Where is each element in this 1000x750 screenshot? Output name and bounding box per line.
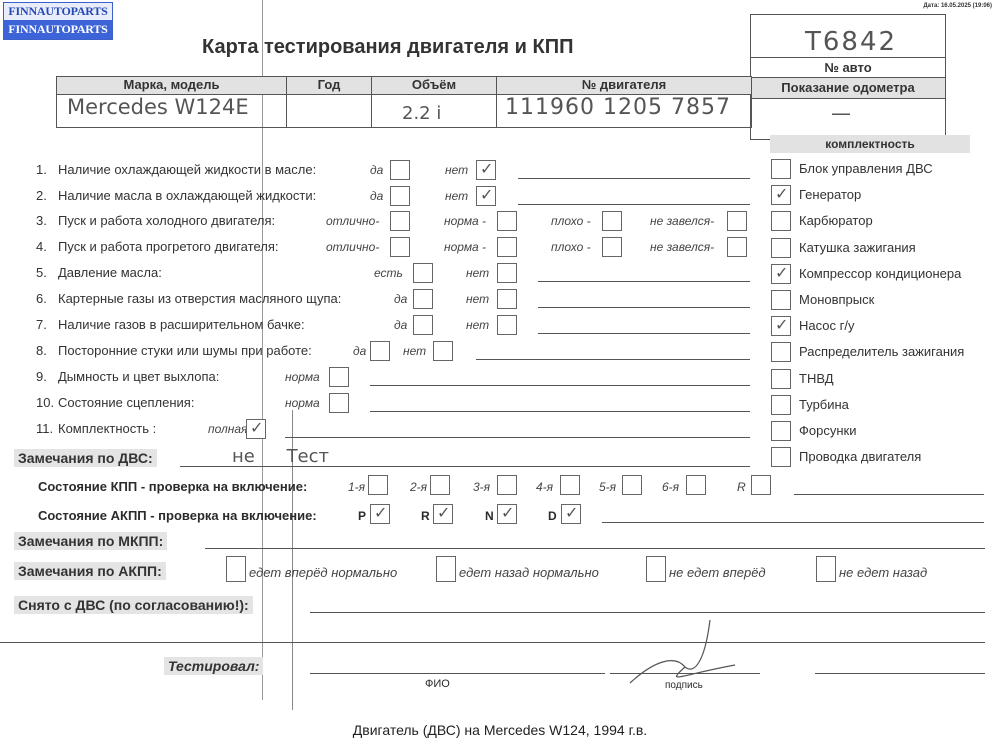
auto-remark-checkbox[interactable] [436, 556, 456, 582]
option-checkbox[interactable] [476, 186, 496, 206]
check-label: Наличие газов в расширительном бачке: [58, 317, 305, 332]
make-model-value: Mercedes W124E [57, 95, 287, 127]
completeness-checkbox[interactable] [771, 369, 791, 389]
check-label: Картерные газы из отверстия масляного щу… [58, 291, 341, 306]
option-label: норма - [444, 214, 486, 228]
check-label: Дымность и цвет выхлопа: [58, 369, 219, 384]
gear-checkbox[interactable] [497, 475, 517, 495]
auto-remark-checkbox[interactable] [646, 556, 666, 582]
option-checkbox[interactable] [727, 211, 747, 231]
option-checkbox[interactable] [413, 289, 433, 309]
option-label: нет [466, 292, 489, 306]
completeness-checkbox[interactable] [771, 395, 791, 415]
page-title: Карта тестирования двигателя и КПП [202, 36, 573, 59]
option-checkbox[interactable] [390, 237, 410, 257]
auto-remark-label: едет назад нормально [459, 565, 599, 580]
check-number: 4. [36, 239, 47, 254]
option-checkbox[interactable] [476, 160, 496, 180]
option-checkbox[interactable] [727, 237, 747, 257]
removed-label-text: Снято с ДВС (по согласованию!): [18, 597, 249, 613]
finnautoparts-logo: FINNAUTOPARTS FINNAUTOPARTS [3, 2, 113, 40]
check-label: Состояние сцепления: [58, 395, 194, 410]
col-make-model: Марка, модель [57, 77, 287, 94]
auto-remark-checkbox[interactable] [816, 556, 836, 582]
gear-checkbox[interactable] [751, 475, 771, 495]
auto-gear-label: R [421, 509, 430, 523]
check-notes-field[interactable] [538, 333, 750, 334]
option-label: есть [374, 266, 403, 280]
check-number: 10. [36, 395, 54, 410]
manual-gearbox-label-text: Состояние КПП - проверка на включение: [38, 479, 307, 494]
check-notes-field[interactable] [518, 178, 750, 179]
engine-number-value: 111960 1205 7857 [497, 95, 751, 127]
auto-gearbox-notes[interactable] [602, 522, 984, 523]
option-checkbox[interactable] [329, 393, 349, 413]
vehicle-table: Марка, модель Год Объём № двигателя Merc… [56, 76, 752, 128]
gear-checkbox[interactable] [560, 475, 580, 495]
auto-gear-checkbox[interactable] [433, 504, 453, 524]
check-notes-field[interactable] [285, 437, 750, 438]
auto-gearbox-label-text: Состояние АКПП - проверка на включение: [38, 508, 317, 523]
manual-gearbox-label: Состояние КПП - проверка на включение: [38, 479, 307, 494]
remarks-auto-label: Замечания по АКПП: [14, 562, 166, 580]
odometer-label: Показание одометра [751, 77, 945, 99]
check-notes-field[interactable] [476, 359, 750, 360]
option-checkbox[interactable] [390, 211, 410, 231]
check-number: 1. [36, 162, 47, 177]
check-number: 3. [36, 213, 47, 228]
option-label: нет [403, 344, 426, 358]
removed-field[interactable] [310, 612, 985, 613]
check-number: 2. [36, 188, 47, 203]
gear-label: 4-я [536, 480, 553, 494]
option-label: плохо - [551, 214, 591, 228]
completeness-checkbox[interactable] [771, 421, 791, 441]
check-notes-field[interactable] [370, 411, 750, 412]
gear-checkbox[interactable] [368, 475, 388, 495]
gear-checkbox[interactable] [430, 475, 450, 495]
option-checkbox[interactable] [602, 237, 622, 257]
auto-gear-checkbox[interactable] [370, 504, 390, 524]
option-checkbox[interactable] [497, 211, 517, 231]
check-number: 5. [36, 265, 47, 280]
name-caption: ФИО [425, 678, 450, 690]
option-checkbox[interactable] [497, 315, 517, 335]
auto-number: T6842 [805, 27, 897, 57]
col-volume: Объём [372, 77, 497, 94]
completeness-checkbox[interactable] [771, 264, 791, 284]
check-label: Наличие охлаждающей жидкости в масле: [58, 162, 316, 177]
check-number: 9. [36, 369, 47, 384]
signature-scribble [625, 615, 740, 690]
completeness-item-label: Моновпрыск [799, 292, 874, 307]
check-notes-field[interactable] [538, 281, 750, 282]
check-notes-field[interactable] [538, 307, 750, 308]
gear-label: 6-я [662, 480, 679, 494]
option-checkbox[interactable] [246, 419, 266, 439]
auto-gear-label: N [485, 509, 494, 523]
option-checkbox[interactable] [390, 160, 410, 180]
auto-remark-label: не едет вперёд [669, 565, 766, 580]
completeness-checkbox[interactable] [771, 185, 791, 205]
completeness-item-label: Компрессор кондиционера [799, 266, 961, 281]
option-checkbox[interactable] [413, 315, 433, 335]
option-checkbox[interactable] [413, 263, 433, 283]
option-label: да [370, 163, 383, 177]
option-label: не завелся- [650, 214, 714, 228]
date-stamp: Дата: 16.05.2025 (19:06) [923, 3, 992, 9]
option-label: нет [445, 163, 468, 177]
auto-gear-checkbox[interactable] [561, 504, 581, 524]
auto-number-label: № авто [751, 57, 945, 77]
col-year: Год [287, 77, 372, 94]
option-checkbox[interactable] [329, 367, 349, 387]
manual-gearbox-notes[interactable] [794, 494, 984, 495]
option-label: полная [208, 422, 247, 436]
volume-value: 2.2 i [372, 95, 497, 127]
option-label: да [394, 318, 407, 332]
tester-extra-field[interactable] [815, 673, 985, 674]
year-value [287, 95, 372, 127]
completeness-checkbox[interactable] [771, 211, 791, 231]
option-label: плохо - [551, 240, 591, 254]
completeness-item-label: Насос г/у [799, 318, 854, 333]
check-label: Наличие масла в охлаждающей жидкости: [58, 188, 316, 203]
removed-label: Снято с ДВС (по согласованию!): [14, 596, 253, 614]
option-label: норма [285, 396, 320, 410]
option-checkbox[interactable] [433, 341, 453, 361]
gear-checkbox[interactable] [622, 475, 642, 495]
odometer-value: — [831, 101, 851, 125]
completeness-checkbox[interactable] [771, 159, 791, 179]
image-caption: Двигатель (ДВС) на Mercedes W124, 1994 г… [0, 722, 1000, 738]
check-label: Давление масла: [58, 265, 162, 280]
gear-checkbox[interactable] [686, 475, 706, 495]
completeness-item-label: Распределитель зажигания [799, 344, 964, 359]
auto-gearbox-label: Состояние АКПП - проверка на включение: [38, 508, 317, 523]
option-label: нет [445, 189, 468, 203]
completeness-item-label: Форсунки [799, 423, 856, 438]
check-label: Пуск и работа прогретого двигателя: [58, 239, 278, 254]
option-label: да [394, 292, 407, 306]
option-label: отлично- [326, 214, 379, 228]
col-engine-number: № двигателя [497, 77, 751, 94]
completeness-item-label: Катушка зажигания [799, 240, 916, 255]
option-checkbox[interactable] [602, 211, 622, 231]
option-checkbox[interactable] [370, 341, 390, 361]
remarks-engine-value: не Тест [232, 446, 329, 467]
gear-label: 3-я [473, 480, 490, 494]
completeness-item-label: Проводка двигателя [799, 449, 921, 464]
check-number: 7. [36, 317, 47, 332]
check-label: Посторонние стуки или шумы при работе: [58, 343, 312, 358]
gear-label: R [737, 480, 746, 494]
removed-field-2[interactable] [0, 642, 985, 643]
auto-gear-label: D [548, 509, 557, 523]
auto-remark-label: не едет назад [839, 565, 927, 580]
logo-line-2: FINNAUTOPARTS [4, 20, 112, 39]
option-checkbox[interactable] [497, 289, 517, 309]
option-checkbox[interactable] [497, 263, 517, 283]
check-label: Комплектность : [58, 421, 156, 436]
completeness-checkbox[interactable] [771, 342, 791, 362]
auto-gear-label: P [358, 509, 366, 523]
completeness-item-label: Турбина [799, 397, 849, 412]
completeness-item-label: ТНВД [799, 371, 834, 386]
auto-remark-label: едет вперёд нормально [249, 565, 397, 580]
option-label: не завелся- [650, 240, 714, 254]
tester-name-field[interactable] [310, 673, 605, 674]
check-number: 6. [36, 291, 47, 306]
check-number: 8. [36, 343, 47, 358]
completeness-item-label: Карбюратор [799, 213, 873, 228]
gear-label: 1-я [348, 480, 365, 494]
completeness-checkbox[interactable] [771, 290, 791, 310]
option-label: отлично- [326, 240, 379, 254]
logo-line-1: FINNAUTOPARTS [4, 3, 112, 20]
option-label: да [370, 189, 383, 203]
option-label: нет [466, 266, 489, 280]
check-label: Пуск и работа холодного двигателя: [58, 213, 275, 228]
check-notes-field[interactable] [370, 385, 750, 386]
completeness-item-label: Генератор [799, 187, 861, 202]
completeness-item-label: Блок управления ДВС [799, 161, 933, 176]
check-number: 11. [36, 421, 53, 436]
gear-label: 5-я [599, 480, 616, 494]
completeness-checkbox[interactable] [771, 316, 791, 336]
remarks-manual-field[interactable] [205, 548, 985, 549]
remarks-engine-label: Замечания по ДВС: [14, 449, 157, 467]
completeness-header: комплектность [770, 135, 970, 153]
completeness-checkbox[interactable] [771, 447, 791, 467]
auto-box: T6842 № авто Показание одометра — [750, 14, 946, 140]
option-label: нет [466, 318, 489, 332]
tested-label: Тестировал: [164, 657, 263, 675]
auto-remark-checkbox[interactable] [226, 556, 246, 582]
gear-label: 2-я [410, 480, 427, 494]
auto-gear-checkbox[interactable] [497, 504, 517, 524]
option-checkbox[interactable] [390, 186, 410, 206]
option-label: норма - [444, 240, 486, 254]
option-label: норма [285, 370, 320, 384]
remarks-manual-label: Замечания по МКПП: [14, 532, 167, 550]
check-notes-field[interactable] [518, 204, 750, 205]
completeness-checkbox[interactable] [771, 238, 791, 258]
option-checkbox[interactable] [497, 237, 517, 257]
option-label: да [353, 344, 366, 358]
